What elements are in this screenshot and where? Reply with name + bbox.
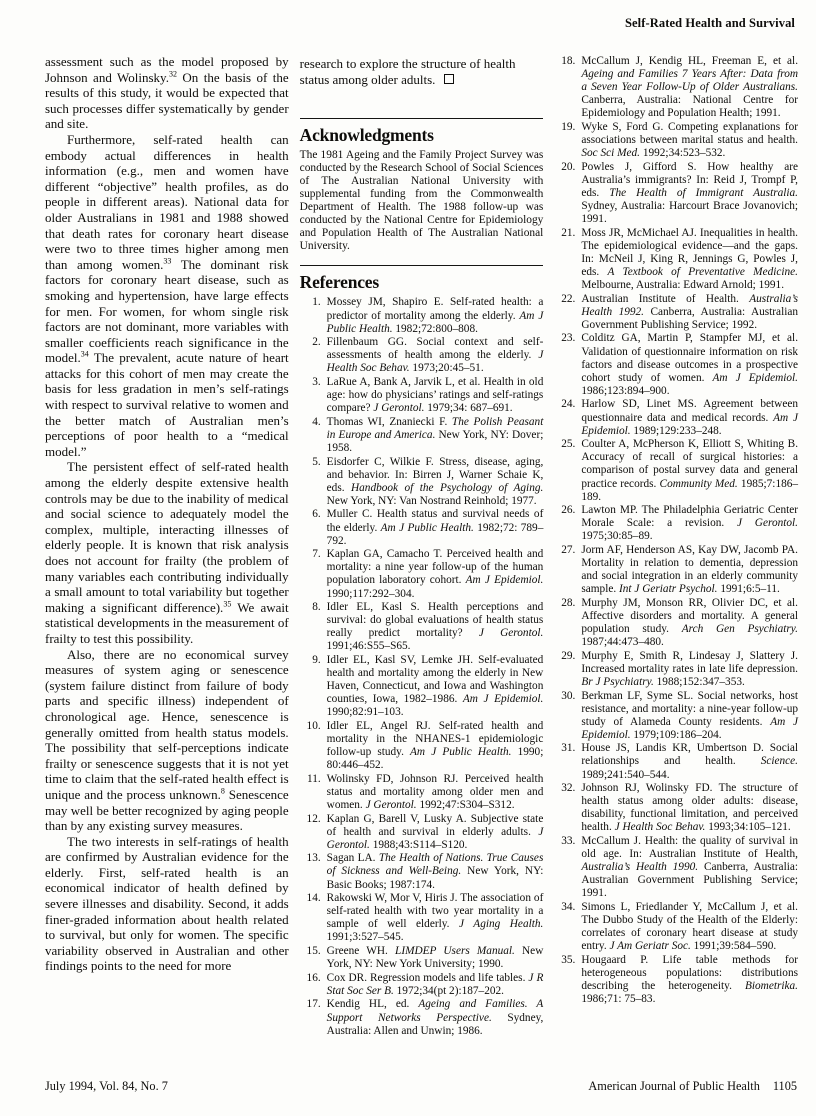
reference-text: House JS, Landis KR, Umbertson D. Social…: [581, 742, 798, 781]
reference-item: 22.Australian Institute of Health. Austr…: [554, 293, 798, 332]
reference-number: 27.: [554, 544, 575, 557]
acknowledgments-heading: Acknowledgments: [300, 125, 544, 146]
reference-text: Wyke S, Ford G. Competing explanations f…: [581, 121, 798, 160]
reference-number: 23.: [554, 332, 575, 345]
reference-text: Kaplan GA, Camacho T. Perceived health a…: [327, 548, 544, 600]
paragraph: Also, there are no economical survey mea…: [45, 647, 289, 834]
reference-text: Berkman LF, Syme SL. Social networks, ho…: [581, 690, 798, 742]
closing-paragraph: research to explore the structure of hea…: [300, 56, 544, 87]
reference-number: 34.: [554, 901, 575, 914]
references-list-18-35: 18.McCallum J, Kendig HL, Freeman E, et …: [554, 55, 798, 1006]
column-2: research to explore the structure of hea…: [300, 54, 544, 1038]
reference-item: 23.Colditz GA, Martin P, Stampfer MJ, et…: [554, 332, 798, 397]
reference-number: 29.: [554, 650, 575, 663]
reference-text: Jorm AF, Henderson AS, Kay DW, Jacomb PA…: [581, 544, 798, 596]
paragraph: assessment such as the model proposed by…: [45, 54, 289, 132]
reference-item: 11.Wolinsky FD, Johnson RJ. Perceived he…: [300, 773, 544, 812]
reference-number: 13.: [300, 852, 321, 865]
reference-item: 3.LaRue A, Bank A, Jarvik L, et al. Heal…: [300, 376, 544, 415]
paragraph: The two interests in self-ratings of hea…: [45, 834, 289, 974]
reference-number: 1.: [300, 296, 321, 309]
reference-item: 21.Moss JR, McMichael AJ. Inequalities i…: [554, 227, 798, 292]
reference-text: Rakowski W, Mor V, Hiris J. The associat…: [327, 892, 544, 944]
reference-item: 33.McCallum J. Health: the quality of su…: [554, 835, 798, 900]
reference-number: 10.: [300, 720, 321, 733]
reference-number: 5.: [300, 456, 321, 469]
reference-item: 13.Sagan LA. The Health of Nations. True…: [300, 852, 544, 891]
reference-item: 35.Hougaard P. Life table methods for he…: [554, 954, 798, 1006]
reference-number: 32.: [554, 782, 575, 795]
reference-item: 20.Powles J, Gifford S. How healthy are …: [554, 161, 798, 226]
reference-text: Australian Institute of Health. Australi…: [581, 293, 798, 332]
reference-text: Simons L, Friedlander Y, McCallum J, et …: [581, 901, 798, 953]
article-columns: assessment such as the model proposed by…: [45, 54, 798, 1038]
reference-text: Fillenbaum GG. Social context and self-a…: [327, 336, 544, 375]
reference-number: 25.: [554, 438, 575, 451]
reference-item: 6.Muller C. Health status and survival n…: [300, 508, 544, 547]
paragraph: The persistent effect of self-rated heal…: [45, 459, 289, 646]
reference-item: 26.Lawton MP. The Philadelphia Geriatric…: [554, 504, 798, 543]
reference-number: 21.: [554, 227, 575, 240]
column-1: assessment such as the model proposed by…: [45, 54, 289, 1038]
reference-number: 24.: [554, 398, 575, 411]
reference-text: Wolinsky FD, Johnson RJ. Perceived healt…: [327, 773, 544, 812]
reference-text: Mossey JM, Shapiro E. Self-rated health:…: [327, 296, 544, 335]
reference-number: 14.: [300, 892, 321, 905]
section-divider: [300, 118, 544, 119]
reference-text: Harlow SD, Linet MS. Agreement between q…: [581, 398, 798, 437]
reference-item: 30.Berkman LF, Syme SL. Social networks,…: [554, 690, 798, 742]
reference-text: Idler EL, Kasl S. Health perceptions and…: [327, 601, 544, 653]
end-of-article-square-icon: [444, 74, 454, 84]
reference-item: 32.Johnson RJ, Wolinsky FD. The structur…: [554, 782, 798, 834]
reference-item: 28.Murphy JM, Monson RR, Olivier DC, et …: [554, 597, 798, 649]
reference-text: Idler EL, Kasl SV, Lemke JH. Self-evalua…: [327, 654, 544, 719]
reference-number: 4.: [300, 416, 321, 429]
footer-page-number: 1105: [773, 1079, 797, 1094]
reference-number: 8.: [300, 601, 321, 614]
reference-text: Johnson RJ, Wolinsky FD. The structure o…: [581, 782, 798, 834]
reference-text: Idler EL, Angel RJ. Self-rated health an…: [327, 720, 544, 772]
reference-item: 2.Fillenbaum GG. Social context and self…: [300, 336, 544, 375]
reference-text: Sagan LA. The Health of Nations. True Ca…: [327, 852, 544, 891]
section-divider: [300, 265, 544, 266]
reference-text: Muller C. Health status and survival nee…: [327, 508, 544, 547]
reference-item: 18.McCallum J, Kendig HL, Freeman E, et …: [554, 55, 798, 120]
reference-text: Murphy E, Smith R, Lindesay J, Slattery …: [581, 650, 798, 689]
acknowledgments-body: The 1981 Ageing and the Family Project S…: [300, 149, 544, 252]
page-footer: July 1994, Vol. 84, No. 7 American Journ…: [45, 1079, 797, 1094]
reference-number: 7.: [300, 548, 321, 561]
reference-text: Eisdorfer C, Wilkie F. Stress, disease, …: [327, 456, 544, 508]
reference-item: 34.Simons L, Friedlander Y, McCallum J, …: [554, 901, 798, 953]
reference-text: Hougaard P. Life table methods for heter…: [581, 954, 798, 1006]
journal-page: Self-Rated Health and Survival assessmen…: [0, 0, 816, 1116]
reference-item: 8.Idler EL, Kasl S. Health perceptions a…: [300, 601, 544, 653]
reference-text: McCallum J. Health: the quality of survi…: [581, 835, 798, 900]
reference-text: Cox DR. Regression models and life table…: [327, 972, 544, 998]
reference-text: McCallum J, Kendig HL, Freeman E, et al.…: [581, 55, 798, 120]
closing-text: research to explore the structure of hea…: [300, 56, 516, 87]
reference-item: 7.Kaplan GA, Camacho T. Perceived health…: [300, 548, 544, 600]
reference-number: 22.: [554, 293, 575, 306]
reference-item: 25.Coulter A, McPherson K, Elliott S, Wh…: [554, 438, 798, 503]
reference-number: 11.: [300, 773, 321, 786]
reference-item: 29.Murphy E, Smith R, Lindesay J, Slatte…: [554, 650, 798, 689]
reference-item: 24.Harlow SD, Linet MS. Agreement betwee…: [554, 398, 798, 437]
references-heading: References: [300, 272, 544, 293]
reference-number: 20.: [554, 161, 575, 174]
reference-text: LaRue A, Bank A, Jarvik L, et al. Health…: [327, 376, 544, 415]
reference-text: Greene WH. LIMDEP Users Manual. New York…: [327, 945, 544, 971]
reference-number: 19.: [554, 121, 575, 134]
reference-text: Kendig HL, ed. Ageing and Families. A Su…: [327, 998, 544, 1037]
reference-item: 15.Greene WH. LIMDEP Users Manual. New Y…: [300, 945, 544, 971]
reference-text: Moss JR, McMichael AJ. Inequalities in h…: [581, 227, 798, 292]
reference-number: 6.: [300, 508, 321, 521]
reference-number: 3.: [300, 376, 321, 389]
running-head: Self-Rated Health and Survival: [625, 16, 795, 31]
reference-text: Kaplan G, Barell V, Lusky A. Subjective …: [327, 813, 544, 852]
reference-item: 16.Cox DR. Regression models and life ta…: [300, 972, 544, 998]
reference-number: 30.: [554, 690, 575, 703]
reference-number: 35.: [554, 954, 575, 967]
reference-item: 10.Idler EL, Angel RJ. Self-rated health…: [300, 720, 544, 772]
reference-number: 16.: [300, 972, 321, 985]
reference-number: 15.: [300, 945, 321, 958]
references-list-1-17: 1.Mossey JM, Shapiro E. Self-rated healt…: [300, 296, 544, 1037]
reference-item: 14.Rakowski W, Mor V, Hiris J. The assoc…: [300, 892, 544, 944]
footer-issue: July 1994, Vol. 84, No. 7: [45, 1079, 168, 1094]
reference-number: 31.: [554, 742, 575, 755]
reference-item: 27.Jorm AF, Henderson AS, Kay DW, Jacomb…: [554, 544, 798, 596]
reference-number: 33.: [554, 835, 575, 848]
reference-item: 12.Kaplan G, Barell V, Lusky A. Subjecti…: [300, 813, 544, 852]
reference-item: 17.Kendig HL, ed. Ageing and Families. A…: [300, 998, 544, 1037]
reference-number: 18.: [554, 55, 575, 68]
reference-number: 26.: [554, 504, 575, 517]
reference-text: Lawton MP. The Philadelphia Geriatric Ce…: [581, 504, 798, 543]
reference-text: Powles J, Gifford S. How healthy are Aus…: [581, 161, 798, 226]
footer-journal-name: American Journal of Public Health: [588, 1079, 759, 1094]
reference-text: Thomas WI, Znaniecki F. The Polish Peasa…: [327, 416, 544, 455]
reference-text: Colditz GA, Martin P, Stampfer MJ, et al…: [581, 332, 798, 397]
reference-item: 31.House JS, Landis KR, Umbertson D. Soc…: [554, 742, 798, 781]
reference-text: Murphy JM, Monson RR, Olivier DC, et al.…: [581, 597, 798, 649]
reference-item: 19.Wyke S, Ford G. Competing explanation…: [554, 121, 798, 160]
reference-number: 9.: [300, 654, 321, 667]
reference-item: 5.Eisdorfer C, Wilkie F. Stress, disease…: [300, 456, 544, 508]
paragraph: Furthermore, self-rated health can embod…: [45, 132, 289, 459]
reference-number: 12.: [300, 813, 321, 826]
reference-number: 2.: [300, 336, 321, 349]
reference-item: 9.Idler EL, Kasl SV, Lemke JH. Self-eval…: [300, 654, 544, 719]
reference-item: 4.Thomas WI, Znaniecki F. The Polish Pea…: [300, 416, 544, 455]
reference-item: 1.Mossey JM, Shapiro E. Self-rated healt…: [300, 296, 544, 335]
column-3: 18.McCallum J, Kendig HL, Freeman E, et …: [554, 54, 798, 1038]
reference-number: 28.: [554, 597, 575, 610]
reference-number: 17.: [300, 998, 321, 1011]
reference-text: Coulter A, McPherson K, Elliott S, Whiti…: [581, 438, 798, 503]
